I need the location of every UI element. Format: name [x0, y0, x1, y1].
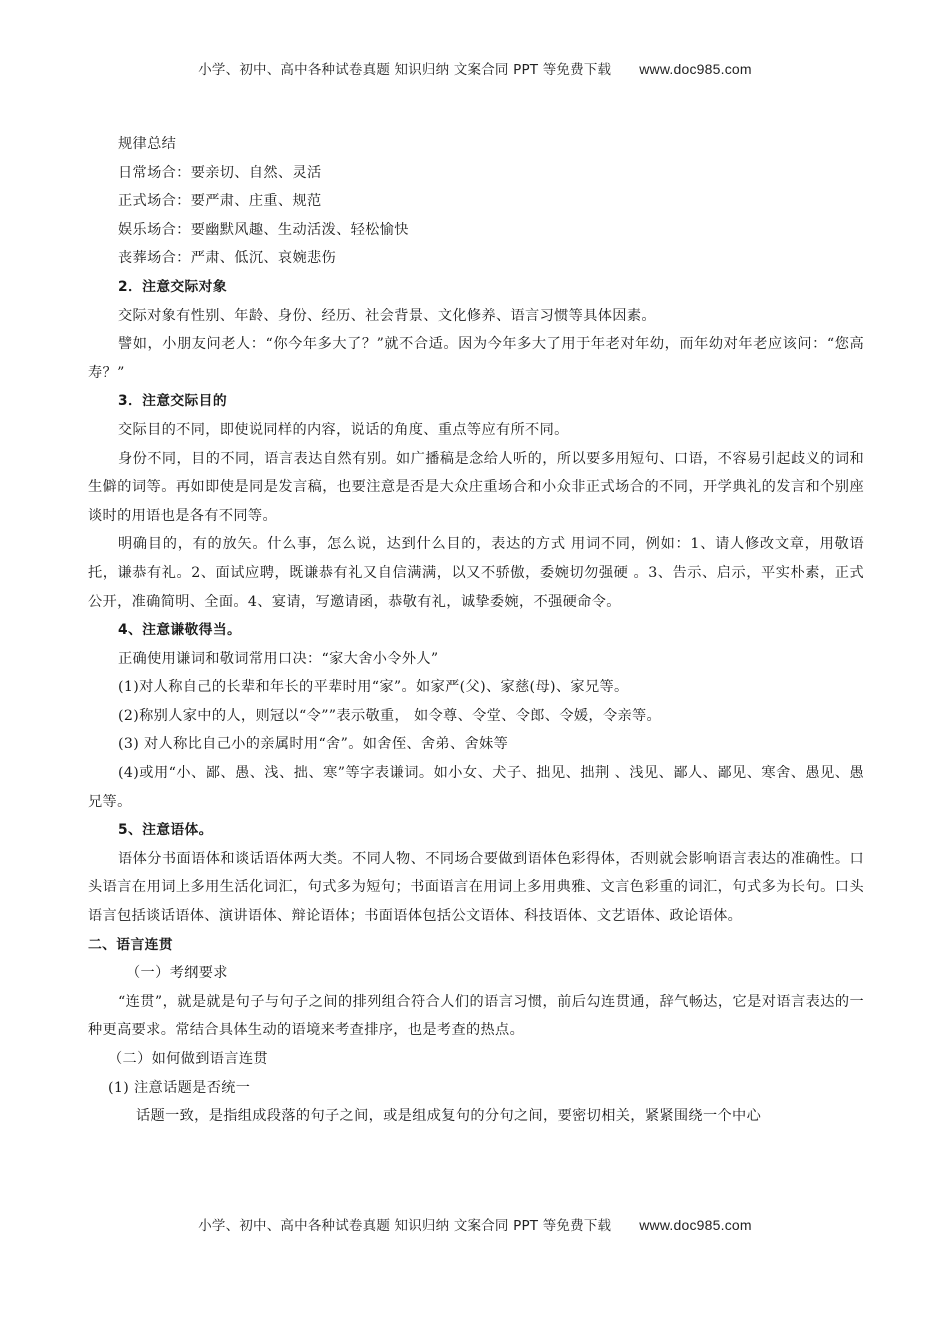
paragraph: 交际目的不同，即使说同样的内容，说话的角度、重点等应有所不同。: [88, 416, 864, 445]
paragraph: 身份不同，目的不同，语言表达自然有别。如广播稿是念给人听的，所以要多用短句、口语…: [88, 445, 864, 531]
paragraph: 正确使用谦词和敬词常用口决：“家大舍小令外人”: [88, 645, 864, 674]
footer-banner-url[interactable]: www.doc985.com: [639, 1217, 752, 1233]
summary-item: 丧葬场合：严肃、低沉、哀婉悲伤: [88, 244, 864, 273]
list-item: (1)对人称自己的长辈和年长的平辈时用“家”。如家严(父)、家慈(母)、家兄等。: [88, 673, 864, 702]
footer-banner: 小学、初中、高中各种试卷真题 知识归纳 文案合同 PPT 等免费下载www.do…: [0, 1214, 950, 1234]
summary-item: 正式场合：要严肃、庄重、规范: [88, 187, 864, 216]
list-item: (4)或用“小、鄙、愚、浅、拙、寒”等字表谦词。如小女、犬子、拙见、拙荆 、浅见…: [88, 759, 864, 816]
part-heading: 二、语言连贯: [88, 931, 864, 960]
section-heading-2: 2．注意交际对象: [88, 273, 864, 302]
paragraph: 交际对象有性别、年龄、身份、经历、社会背景、文化修养、语言习惯等具体因素。: [88, 302, 864, 331]
header-banner: 小学、初中、高中各种试卷真题 知识归纳 文案合同 PPT 等免费下载www.do…: [0, 58, 950, 78]
summary-title: 规律总结: [88, 130, 864, 159]
footer-banner-text: 小学、初中、高中各种试卷真题 知识归纳 文案合同 PPT 等免费下载: [198, 1218, 611, 1234]
paragraph: 话题一致，是指组成段落的句子之间，或是组成复句的分句之间，要密切相关，紧紧围绕一…: [88, 1102, 864, 1131]
summary-item: 娱乐场合：要幽默风趣、生动活泼、轻松愉快: [88, 216, 864, 245]
subheading: （一）考纲要求: [88, 959, 864, 988]
paragraph: “连贯”，就是就是句子与句子之间的排列组合符合人们的语言习惯，前后勾连贯通，辞气…: [88, 988, 864, 1045]
paragraph: 明确目的，有的放矢。什么事，怎么说，达到什么目的，表达的方式 用词不同，例如：1…: [88, 530, 864, 616]
header-banner-url[interactable]: www.doc985.com: [639, 61, 752, 77]
section-heading-3: 3．注意交际目的: [88, 387, 864, 416]
subheading: （二）如何做到语言连贯: [88, 1045, 864, 1074]
document-body: 规律总结 日常场合：要亲切、自然、灵活 正式场合：要严肃、庄重、规范 娱乐场合：…: [88, 130, 864, 1131]
header-banner-text: 小学、初中、高中各种试卷真题 知识归纳 文案合同 PPT 等免费下载: [198, 62, 611, 78]
section-heading-5: 5、注意语体。: [88, 816, 864, 845]
summary-item: 日常场合：要亲切、自然、灵活: [88, 159, 864, 188]
paragraph: 语体分书面语体和谈话语体两大类。不同人物、不同场合要做到语体色彩得体，否则就会影…: [88, 845, 864, 931]
paragraph: 譬如，小朋友问老人：“你今年多大了？”就不合适。因为今年多大了用于年老对年幼，而…: [88, 330, 864, 387]
subheading: (1) 注意话题是否统一: [88, 1074, 864, 1103]
list-item: (2)称别人家中的人，则冠以“令””表示敬重， 如令尊、令堂、令郎、令媛，令亲等…: [88, 702, 864, 731]
section-heading-4: 4、注意谦敬得当。: [88, 616, 864, 645]
list-item: (3) 对人称比自己小的亲属时用“舍”。如舍侄、舍弟、舍妹等: [88, 730, 864, 759]
